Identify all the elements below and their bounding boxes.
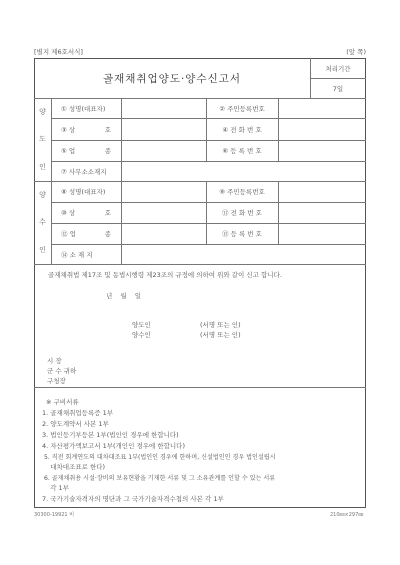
signer-sign-transferee[interactable]: (서명 또는 인) xyxy=(200,330,241,339)
attachment-item: 5. 직전 회계연도의 대차대조표 1부(법인인 경우에 한하며, 신설법인인 … xyxy=(44,452,276,461)
attachment-item: 6. 골재채취용 시설·장비의 보유현황을 기재한 서류 및 그 소유관계를 인… xyxy=(44,473,275,482)
transferor-office-address-label: ⑦ 사무소소재지 xyxy=(51,161,121,181)
transferee-trade-name-field[interactable] xyxy=(121,202,206,223)
transferor-resident-id-field[interactable] xyxy=(278,98,366,118)
label-part: ③ 상 xyxy=(61,125,75,134)
processing-period-label: 처리기간 xyxy=(310,58,366,78)
label-part: ⑫ 업 xyxy=(61,229,76,238)
transferee-registration-field[interactable] xyxy=(278,223,366,244)
attachment-item: 3. 법인등기부등본 1부(법인인 경우에 한합니다) xyxy=(42,430,179,439)
transferor-phone-field[interactable] xyxy=(278,118,366,140)
transferor-resident-id-label: ② 주민등록번호 xyxy=(206,98,278,118)
label-part: ⑩ 상 xyxy=(61,208,75,217)
attachment-item: 1. 골재채취업등록증 1부 xyxy=(42,408,113,417)
transferee-address-field[interactable] xyxy=(121,244,366,264)
transferee-registration-label: ⑬ 등 록 번 호 xyxy=(206,223,278,244)
transferor-office-address-field[interactable] xyxy=(121,161,366,181)
transferee-name-label: ⑧ 성명(대표자) xyxy=(51,181,121,202)
processing-period-value: 7일 xyxy=(310,78,366,98)
transferor-trade-name-label: ③ 상 호 xyxy=(51,118,121,140)
attachment-item: 2. 양도계약서 사본 1부 xyxy=(42,419,109,428)
transferor-registration-field[interactable] xyxy=(278,140,366,161)
transferor-phone-label: ④ 전 화 번 호 xyxy=(206,118,278,140)
transferor-section-label: 양 도 인 xyxy=(34,98,51,181)
recipient-line-1: 시 장 xyxy=(47,356,62,365)
transferee-address-label: ⑭ 소 재 지 xyxy=(51,244,121,264)
footer-paper-size: 210㎜×297㎜ xyxy=(330,511,363,518)
transferor-trade-name-field[interactable] xyxy=(121,118,206,140)
label-part: 호 xyxy=(105,125,111,134)
label-part: 종 xyxy=(105,229,111,238)
label-part: ⑤ 업 xyxy=(61,146,75,155)
transferee-resident-id-field[interactable] xyxy=(278,181,366,202)
transferor-business-field[interactable] xyxy=(121,140,206,161)
label-char: 인 xyxy=(39,245,46,255)
transferor-registration-label: ⑥ 등 록 번 호 xyxy=(206,140,278,161)
recipient-line-3: 구청장 xyxy=(47,376,66,385)
label-char: 인 xyxy=(39,162,46,172)
transferee-name-field[interactable] xyxy=(121,181,206,202)
attachment-item: 7. 국가기술자격자의 명단과 그 국가기술자격수첩의 사본 각 1부 xyxy=(42,494,224,503)
transferee-phone-label: ⑪ 전 화 번 호 xyxy=(206,202,278,223)
label-part: 호 xyxy=(105,208,111,217)
transferee-section-label: 양 수 인 xyxy=(34,181,51,264)
declaration-date: 년 월 일 xyxy=(106,291,141,300)
label-part: 종 xyxy=(105,146,111,155)
label-char: 도 xyxy=(39,134,46,144)
attachment-item: 4. 자산평가액보고서 1부(개인인 경우에 한합니다) xyxy=(42,441,185,450)
recipient-line-2: 군 수 귀하 xyxy=(47,366,76,375)
attachment-item: 각 1부 xyxy=(44,483,69,492)
signer-sign-transferor[interactable]: (서명 또는 인) xyxy=(200,320,241,329)
form-title: 골재채취업양도·양수신고서 xyxy=(34,58,310,98)
transferee-business-field[interactable] xyxy=(121,223,206,244)
label-char: 수 xyxy=(39,217,46,227)
attachment-item: 대차대조표로 한다) xyxy=(44,462,105,471)
form-code: [별지 제6호서식] xyxy=(34,47,83,56)
label-char: 양 xyxy=(39,190,46,200)
label-char: 양 xyxy=(39,107,46,117)
page-side: (앞 쪽) xyxy=(346,47,366,56)
footer-code: 30300-19921 비 xyxy=(34,511,74,518)
signer-role-transferor: 양도인 xyxy=(132,320,151,329)
transferee-resident-id-label: ⑨ 주민등록번호 xyxy=(206,181,278,202)
transferee-trade-name-label: ⑩ 상 호 xyxy=(51,202,121,223)
attachments-heading: ※ 구비서류 xyxy=(46,397,79,406)
declaration-statement: 골재채취법 제17조 및 동법시행령 제23조의 규정에 의하여 위와 같이 신… xyxy=(48,270,282,279)
divider xyxy=(34,387,366,388)
divider xyxy=(34,264,366,265)
transferor-name-field[interactable] xyxy=(121,98,206,118)
transferor-business-label: ⑤ 업 종 xyxy=(51,140,121,161)
transferee-phone-field[interactable] xyxy=(278,202,366,223)
transferee-business-label: ⑫ 업 종 xyxy=(51,223,121,244)
signer-role-transferee: 양수인 xyxy=(132,330,151,339)
transferor-name-label: ① 성명(대표자) xyxy=(51,98,121,118)
